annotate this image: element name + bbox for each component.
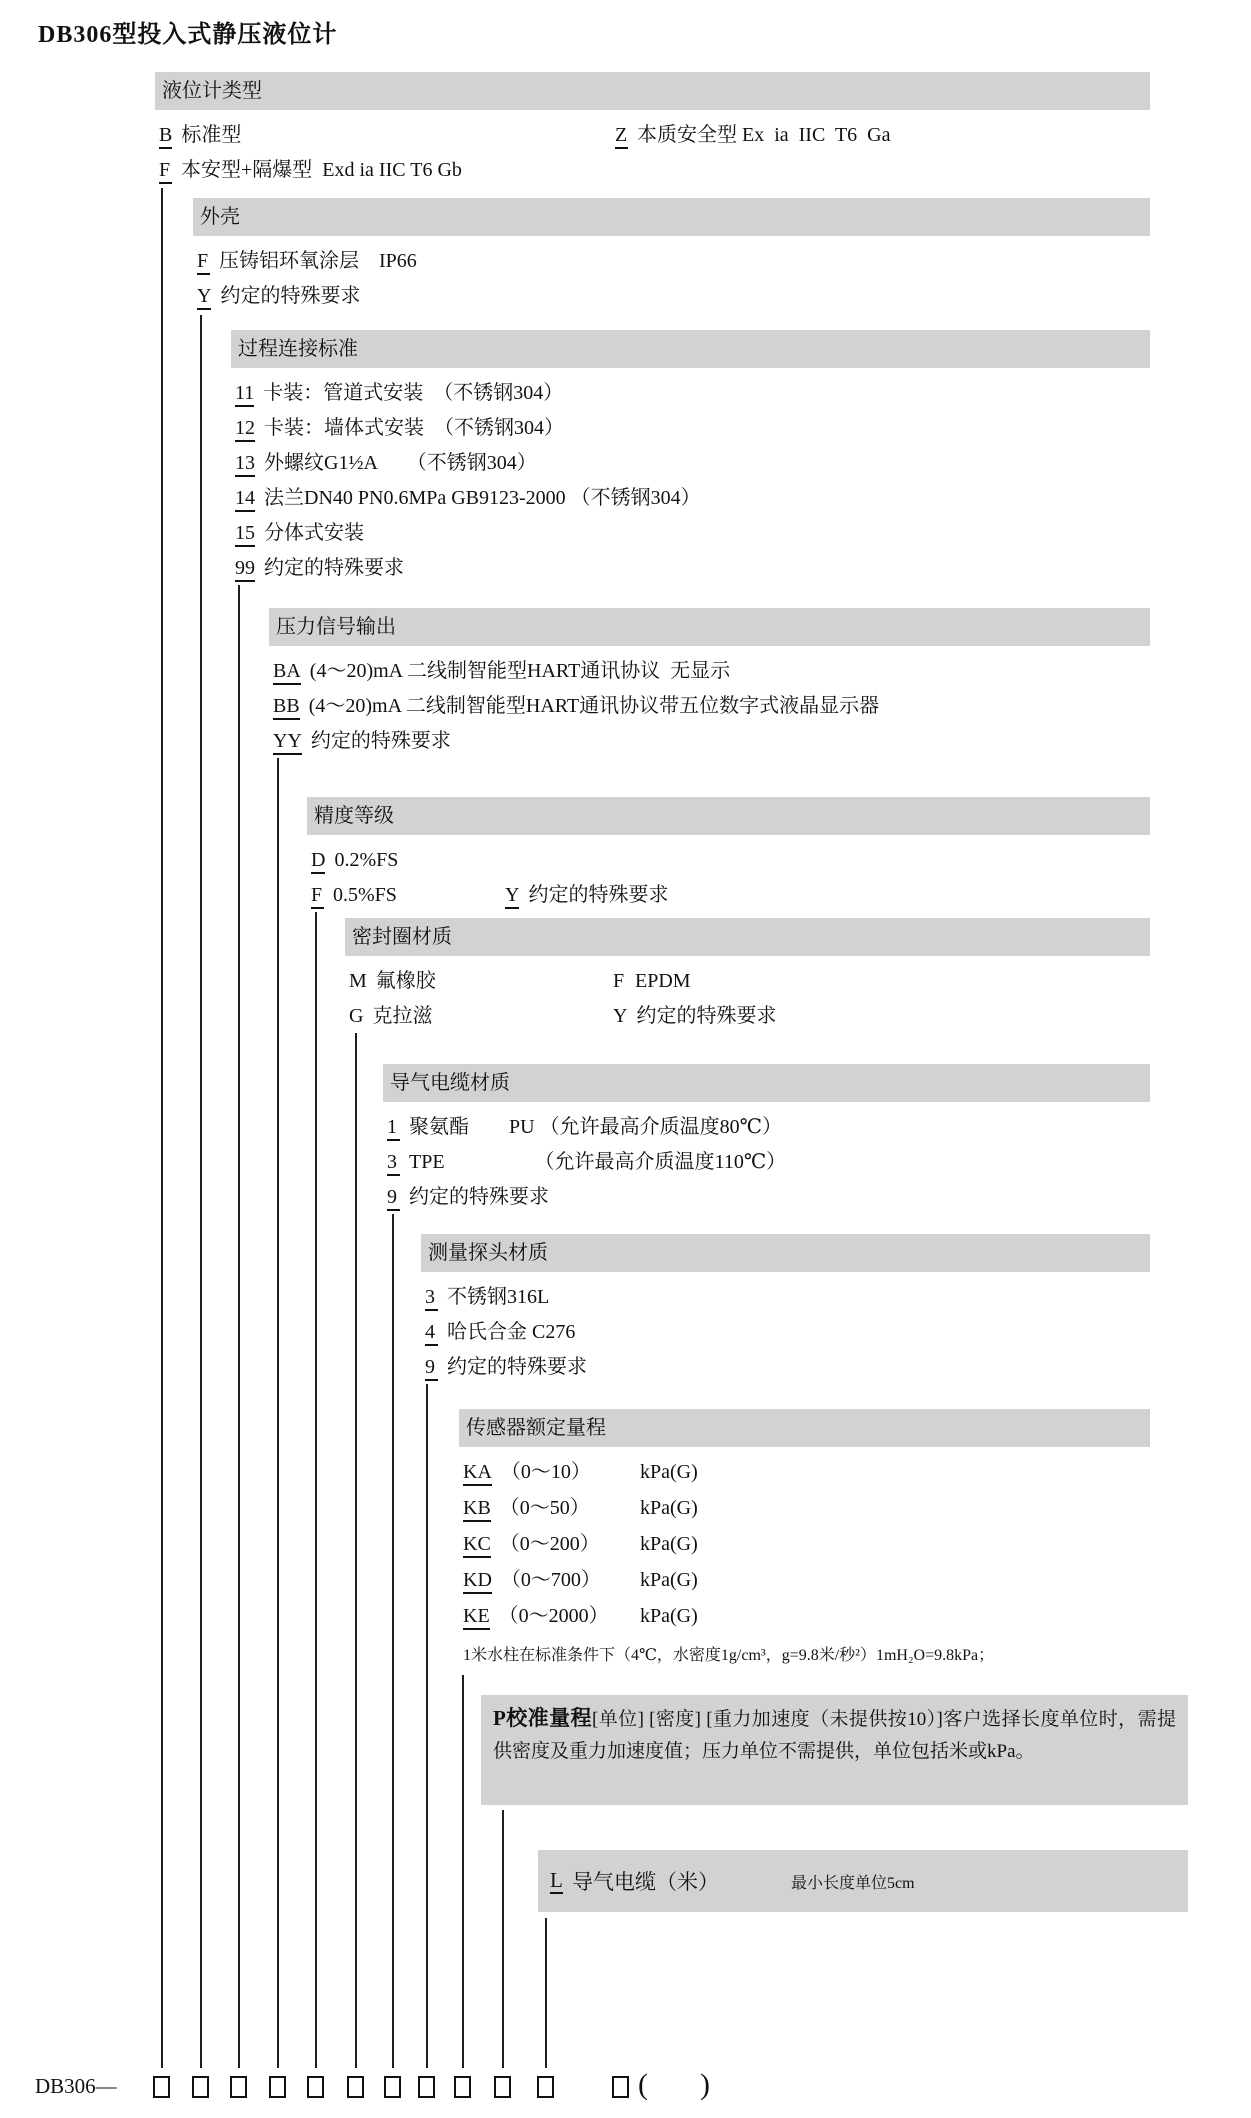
section-header-seal-ring-material: 密封圈材质 bbox=[345, 918, 1150, 956]
paren-close: ) bbox=[700, 2068, 710, 2102]
code-box bbox=[454, 2076, 471, 2098]
item-text: （0～10） bbox=[501, 1461, 591, 1483]
section-header-sensor-range: 传感器额定量程 bbox=[459, 1409, 1150, 1447]
item-row: G克拉滋Y约定的特殊要求 bbox=[349, 1001, 1150, 1031]
section-header-housing: 外壳 bbox=[193, 198, 1150, 236]
paren-open: ( bbox=[638, 2068, 648, 2102]
item-row: 15分体式安装 bbox=[235, 518, 1150, 548]
item-text: 法兰DN40 PN0.6MPa GB9123-2000 （不锈钢304） bbox=[264, 487, 701, 509]
calibration-range-box: P校准量程[单位] [密度] [重力加速度（未提供按10）]客户选择长度单位时，… bbox=[481, 1695, 1188, 1805]
item-text: （0～200） bbox=[500, 1533, 600, 1555]
item-row: F0.5%FSY约定的特殊要求 bbox=[311, 880, 1150, 910]
item-code: BB bbox=[273, 695, 300, 720]
item-row: F本安型+隔爆型 Exd ia IIC T6 Gb bbox=[159, 155, 1150, 185]
item-row: BA(4～20)mA 二线制智能型HART通讯协议 无显示 bbox=[273, 656, 1150, 686]
item-row: KE（0～2000）kPa(G) bbox=[463, 1601, 1150, 1631]
item-code: 99 bbox=[235, 557, 255, 582]
item-code: F bbox=[159, 159, 172, 184]
code-box-extra bbox=[612, 2076, 629, 2098]
item-text: EPDM bbox=[635, 970, 691, 992]
item-second-column: kPa(G) bbox=[640, 1601, 698, 1631]
length-unit-note: 最小长度单位5cm bbox=[791, 1870, 915, 1893]
item-row: BB(4～20)mA 二线制智能型HART通讯协议带五位数字式液晶显示器 bbox=[273, 691, 1150, 721]
item-row: YY约定的特殊要求 bbox=[273, 726, 1150, 756]
item-row: 1聚氨酯 PU （允许最高介质温度80℃） bbox=[387, 1112, 1150, 1142]
item-code: 14 bbox=[235, 487, 255, 512]
code-box bbox=[494, 2076, 511, 2098]
connector-line bbox=[426, 1384, 428, 2068]
item-second-column: kPa(G) bbox=[640, 1493, 698, 1523]
item-row: M氟橡胶FEPDM bbox=[349, 966, 1150, 996]
item-code: F bbox=[613, 970, 626, 993]
model-code-prefix: DB306— bbox=[35, 2074, 117, 2098]
item-code: 12 bbox=[235, 417, 255, 442]
code-box bbox=[384, 2076, 401, 2098]
connector-line bbox=[355, 1033, 357, 2068]
item-row: 9约定的特殊要求 bbox=[387, 1182, 1150, 1212]
item-text: 标准型 bbox=[181, 124, 241, 146]
code-box bbox=[153, 2076, 170, 2098]
item-row: 12卡装：墙体式安装 （不锈钢304） bbox=[235, 413, 1150, 443]
item-code: Y bbox=[613, 1005, 627, 1028]
code-box bbox=[347, 2076, 364, 2098]
item-text: 不锈钢316L bbox=[447, 1286, 549, 1308]
item-text: 约定的特殊要求 bbox=[409, 1186, 549, 1208]
item-text: （0～50） bbox=[500, 1497, 590, 1519]
item-code: 1 bbox=[387, 1116, 400, 1141]
item-text: [单位] [密度] [重力加速度（未提供按10）]客户选择长度单位时，需提供密度… bbox=[493, 1709, 1176, 1762]
item-code: BA bbox=[273, 660, 301, 685]
item-text: 氟橡胶 bbox=[376, 970, 436, 992]
item-row: Y约定的特殊要求 bbox=[197, 281, 1150, 311]
page-title: DB306型投入式静压液位计 bbox=[38, 14, 337, 49]
item-code: F bbox=[311, 884, 324, 909]
connector-line bbox=[315, 912, 317, 2068]
connector-line bbox=[200, 315, 202, 2068]
item-text: TPE （允许最高介质温度110℃） bbox=[409, 1151, 786, 1173]
item-text: kPa(G) bbox=[640, 1605, 698, 1627]
item-text: kPa(G) bbox=[640, 1461, 698, 1483]
item-text: 约定的特殊要求 bbox=[528, 884, 668, 906]
code-box bbox=[230, 2076, 247, 2098]
item-text: 哈氏合金 C276 bbox=[447, 1321, 575, 1343]
code-box bbox=[192, 2076, 209, 2098]
item-row: KB（0～50）kPa(G) bbox=[463, 1493, 1150, 1523]
item-code: 13 bbox=[235, 452, 255, 477]
item-text: 约定的特殊要求 bbox=[264, 557, 404, 579]
item-text: kPa(G) bbox=[640, 1569, 698, 1591]
item-row: KC（0～200）kPa(G) bbox=[463, 1529, 1150, 1559]
item-code: 4 bbox=[425, 1321, 438, 1346]
section-note: 1米水柱在标准条件下（4℃，水密度1g/cm³，g=9.8米/秒²）1mH₂O=… bbox=[463, 1645, 994, 1667]
item-row: KD（0～700）kPa(G) bbox=[463, 1565, 1150, 1595]
item-second-column: kPa(G) bbox=[640, 1565, 698, 1595]
connector-line bbox=[462, 1675, 464, 2068]
item-row: 11卡装：管道式安装 （不锈钢304） bbox=[235, 378, 1150, 408]
item-row: KA（0～10）kPa(G) bbox=[463, 1457, 1150, 1487]
item-code: F bbox=[197, 250, 210, 275]
item-text: (4～20)mA 二线制智能型HART通讯协议 无显示 bbox=[310, 660, 730, 682]
item-text: 压铸铝环氧涂层 IP66 bbox=[219, 250, 417, 272]
item-code: Z bbox=[615, 124, 628, 149]
item-text: （0～700） bbox=[501, 1569, 601, 1591]
section-header-level-gauge-type: 液位计类型 bbox=[155, 72, 1150, 110]
item-code: B bbox=[159, 124, 172, 149]
item-second-column: Z本质安全型 Ex ia IIC T6 Ga bbox=[615, 120, 891, 150]
connector-line bbox=[277, 758, 279, 2068]
item-code: KC bbox=[463, 1533, 491, 1558]
item-row: 4哈氏合金 C276 bbox=[425, 1317, 1150, 1347]
item-code: Y bbox=[505, 884, 519, 909]
item-text: 约定的特殊要求 bbox=[636, 1005, 776, 1027]
item-text: 约定的特殊要求 bbox=[220, 285, 360, 307]
section-header-process-connection: 过程连接标准 bbox=[231, 330, 1150, 368]
item-text: 卡装：管道式安装 （不锈钢304） bbox=[263, 382, 563, 404]
item-text: 约定的特殊要求 bbox=[447, 1356, 587, 1378]
item-code: G bbox=[349, 1005, 363, 1028]
connector-line bbox=[502, 1810, 504, 2068]
item-code: KD bbox=[463, 1569, 492, 1594]
item-text: 本安型+隔爆型 Exd ia IIC T6 Gb bbox=[181, 159, 462, 181]
item-text: 聚氨酯 PU （允许最高介质温度80℃） bbox=[409, 1116, 782, 1138]
document-page: DB306型投入式静压液位计 液位计类型B标准型Z本质安全型 Ex ia IIC… bbox=[0, 0, 1251, 2118]
item-text: kPa(G) bbox=[640, 1533, 698, 1555]
item-text: 导气电缆（米） bbox=[572, 1866, 719, 1896]
item-text: 克拉滋 bbox=[372, 1005, 432, 1027]
code-box bbox=[307, 2076, 324, 2098]
item-code: KB bbox=[463, 1497, 491, 1522]
section-header-probe-material: 测量探头材质 bbox=[421, 1234, 1150, 1272]
item-code: 15 bbox=[235, 522, 255, 547]
item-code: L bbox=[550, 1869, 563, 1894]
item-second-column: Y约定的特殊要求 bbox=[613, 1001, 776, 1031]
item-row: 13外螺纹G1½A （不锈钢304） bbox=[235, 448, 1150, 478]
code-box bbox=[269, 2076, 286, 2098]
item-code: D bbox=[311, 849, 325, 874]
item-text: 外螺纹G1½A （不锈钢304） bbox=[264, 452, 537, 474]
item-row: B标准型Z本质安全型 Ex ia IIC T6 Ga bbox=[159, 120, 1150, 150]
item-code: 9 bbox=[387, 1186, 400, 1211]
item-text: 分体式安装 bbox=[264, 522, 364, 544]
item-code: 3 bbox=[387, 1151, 400, 1176]
item-code: 11 bbox=[235, 382, 254, 407]
code-box bbox=[418, 2076, 435, 2098]
connector-line bbox=[238, 585, 240, 2068]
item-row: 14法兰DN40 PN0.6MPa GB9123-2000 （不锈钢304） bbox=[235, 483, 1150, 513]
item-code: M bbox=[349, 970, 367, 993]
item-text: 卡装：墙体式安装 （不锈钢304） bbox=[264, 417, 564, 439]
item-text: (4～20)mA 二线制智能型HART通讯协议带五位数字式液晶显示器 bbox=[309, 695, 879, 717]
connector-line bbox=[392, 1214, 394, 2068]
item-row: 3不锈钢316L bbox=[425, 1282, 1150, 1312]
item-row: D0.2%FS bbox=[311, 845, 1150, 875]
item-code: 3 bbox=[425, 1286, 438, 1311]
item-second-column: FEPDM bbox=[613, 966, 691, 996]
section-header-vent-cable-material: 导气电缆材质 bbox=[383, 1064, 1150, 1102]
connector-line bbox=[545, 1918, 547, 2068]
item-code: YY bbox=[273, 730, 302, 755]
item-second-column: Y约定的特殊要求 bbox=[505, 880, 668, 910]
connector-line bbox=[161, 188, 163, 2068]
vent-cable-length-bar: L导气电缆（米）最小长度单位5cm bbox=[538, 1850, 1188, 1912]
item-row: 3TPE （允许最高介质温度110℃） bbox=[387, 1147, 1150, 1177]
item-row: 99约定的特殊要求 bbox=[235, 553, 1150, 583]
item-text: 0.5%FS bbox=[333, 884, 397, 906]
section-header-pressure-signal-output: 压力信号输出 bbox=[269, 608, 1150, 646]
item-text: （0～2000） bbox=[499, 1605, 609, 1627]
code-box bbox=[537, 2076, 554, 2098]
item-row: 9约定的特殊要求 bbox=[425, 1352, 1150, 1382]
item-code: Y bbox=[197, 285, 211, 310]
item-second-column: kPa(G) bbox=[640, 1529, 698, 1559]
item-text: 约定的特殊要求 bbox=[311, 730, 451, 752]
item-code: P校准量程 bbox=[493, 1706, 592, 1730]
item-row: F压铸铝环氧涂层 IP66 bbox=[197, 246, 1150, 276]
item-code: 9 bbox=[425, 1356, 438, 1381]
item-second-column: kPa(G) bbox=[640, 1457, 698, 1487]
item-text: kPa(G) bbox=[640, 1497, 698, 1519]
item-code: KA bbox=[463, 1461, 492, 1486]
item-text: 0.2%FS bbox=[334, 849, 398, 871]
section-header-accuracy-class: 精度等级 bbox=[307, 797, 1150, 835]
item-code: KE bbox=[463, 1605, 490, 1630]
item-text: 本质安全型 Ex ia IIC T6 Ga bbox=[637, 124, 891, 146]
